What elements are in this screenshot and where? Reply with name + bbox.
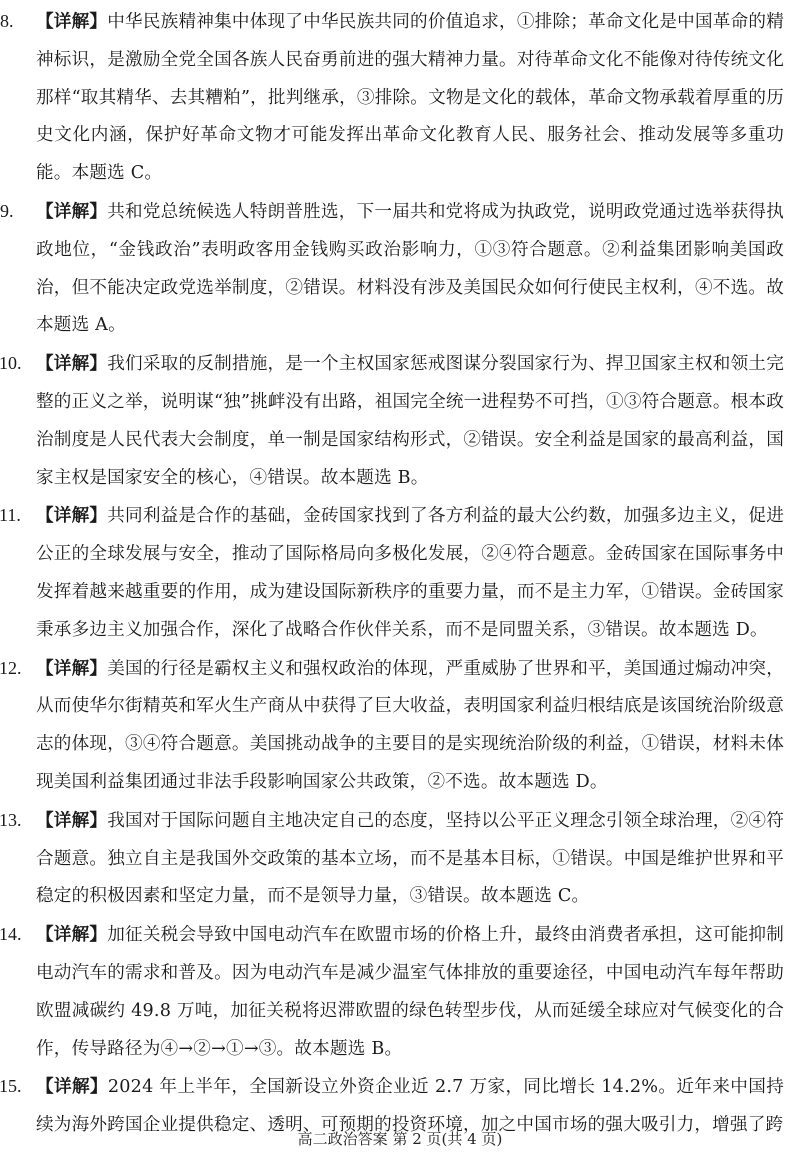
question-number: 15. (0, 1068, 35, 1106)
explanation-tag: 【详解】 (36, 201, 107, 222)
question-number: 8. (0, 3, 36, 41)
explanation-text: 我们采取的反制措施，是一个主权国家惩戒图谋分裂国家行为、捍卫国家主权和领土完整的… (36, 354, 784, 487)
answer-item-13: 13.【详解】我国对于国际问题自主地决定自己的态度，坚持以公平正义理念引领全球治… (0, 802, 800, 916)
page-footer: 高二政治答案 第 2 页(共 4 页) (0, 1128, 800, 1150)
answer-explanations: 8.【详解】中华民族精神集中体现了中华民族共同的价值追求，①排除；革命文化是中国… (0, 3, 800, 1145)
explanation-text: 我国对于国际问题自主地决定自己的态度，坚持以公平正义理念引领全球治理，②④符合题… (36, 811, 784, 907)
explanation-tag: 【详解】 (36, 353, 107, 374)
explanation-tag: 【详解】 (36, 505, 107, 526)
explanation-text: 2024 年上半年，全国新设立外资企业近 2.7 万家，同比增长 14.2%。近… (36, 1077, 784, 1135)
question-number: 11. (0, 497, 35, 535)
explanation-tag: 【详解】 (36, 658, 107, 679)
answer-item-10: 10.【详解】我们采取的反制措施，是一个主权国家惩戒图谋分裂国家行为、捍卫国家主… (0, 345, 800, 497)
answer-item-8: 8.【详解】中华民族精神集中体现了中华民族共同的价值追求，①排除；革命文化是中国… (0, 3, 800, 193)
explanation-tag: 【详解】 (36, 810, 107, 831)
answer-item-11: 11.【详解】共同利益是合作的基础，金砖国家找到了各方利益的最大公约数，加强多边… (0, 497, 800, 649)
explanation-text: 共同利益是合作的基础，金砖国家找到了各方利益的最大公约数，加强多边主义，促进公正… (36, 506, 784, 639)
explanation-text: 加征关税会导致中国电动汽车在欧盟市场的价格上升，最终由消费者承担，这可能抑制电动… (36, 925, 784, 1058)
explanation-text: 中华民族精神集中体现了中华民族共同的价值追求，①排除；革命文化是中国革命的精神标… (36, 12, 784, 183)
answer-item-14: 14.【详解】加征关税会导致中国电动汽车在欧盟市场的价格上升，最终由消费者承担，… (0, 916, 800, 1068)
question-number: 10. (0, 345, 35, 383)
explanation-text: 共和党总统候选人特朗普胜选，下一届共和党将成为执政党，说明政党通过选举获得执政地… (36, 202, 784, 335)
explanation-text: 美国的行径是霸权主义和强权政治的体现，严重威胁了世界和平，美国通过煽动冲突，从而… (36, 659, 784, 792)
answer-key-page: 8.【详解】中华民族精神集中体现了中华民族共同的价值追求，①排除；革命文化是中国… (0, 0, 800, 1174)
explanation-tag: 【详解】 (36, 924, 107, 945)
question-number: 14. (0, 916, 35, 954)
explanation-tag: 【详解】 (36, 1076, 108, 1097)
question-number: 12. (0, 650, 35, 688)
answer-item-9: 9.【详解】共和党总统候选人特朗普胜选，下一届共和党将成为执政党，说明政党通过选… (0, 193, 800, 345)
explanation-tag: 【详解】 (36, 11, 107, 32)
answer-item-12: 12.【详解】美国的行径是霸权主义和强权政治的体现，严重威胁了世界和平，美国通过… (0, 650, 800, 802)
question-number: 9. (0, 193, 36, 231)
question-number: 13. (0, 802, 35, 840)
